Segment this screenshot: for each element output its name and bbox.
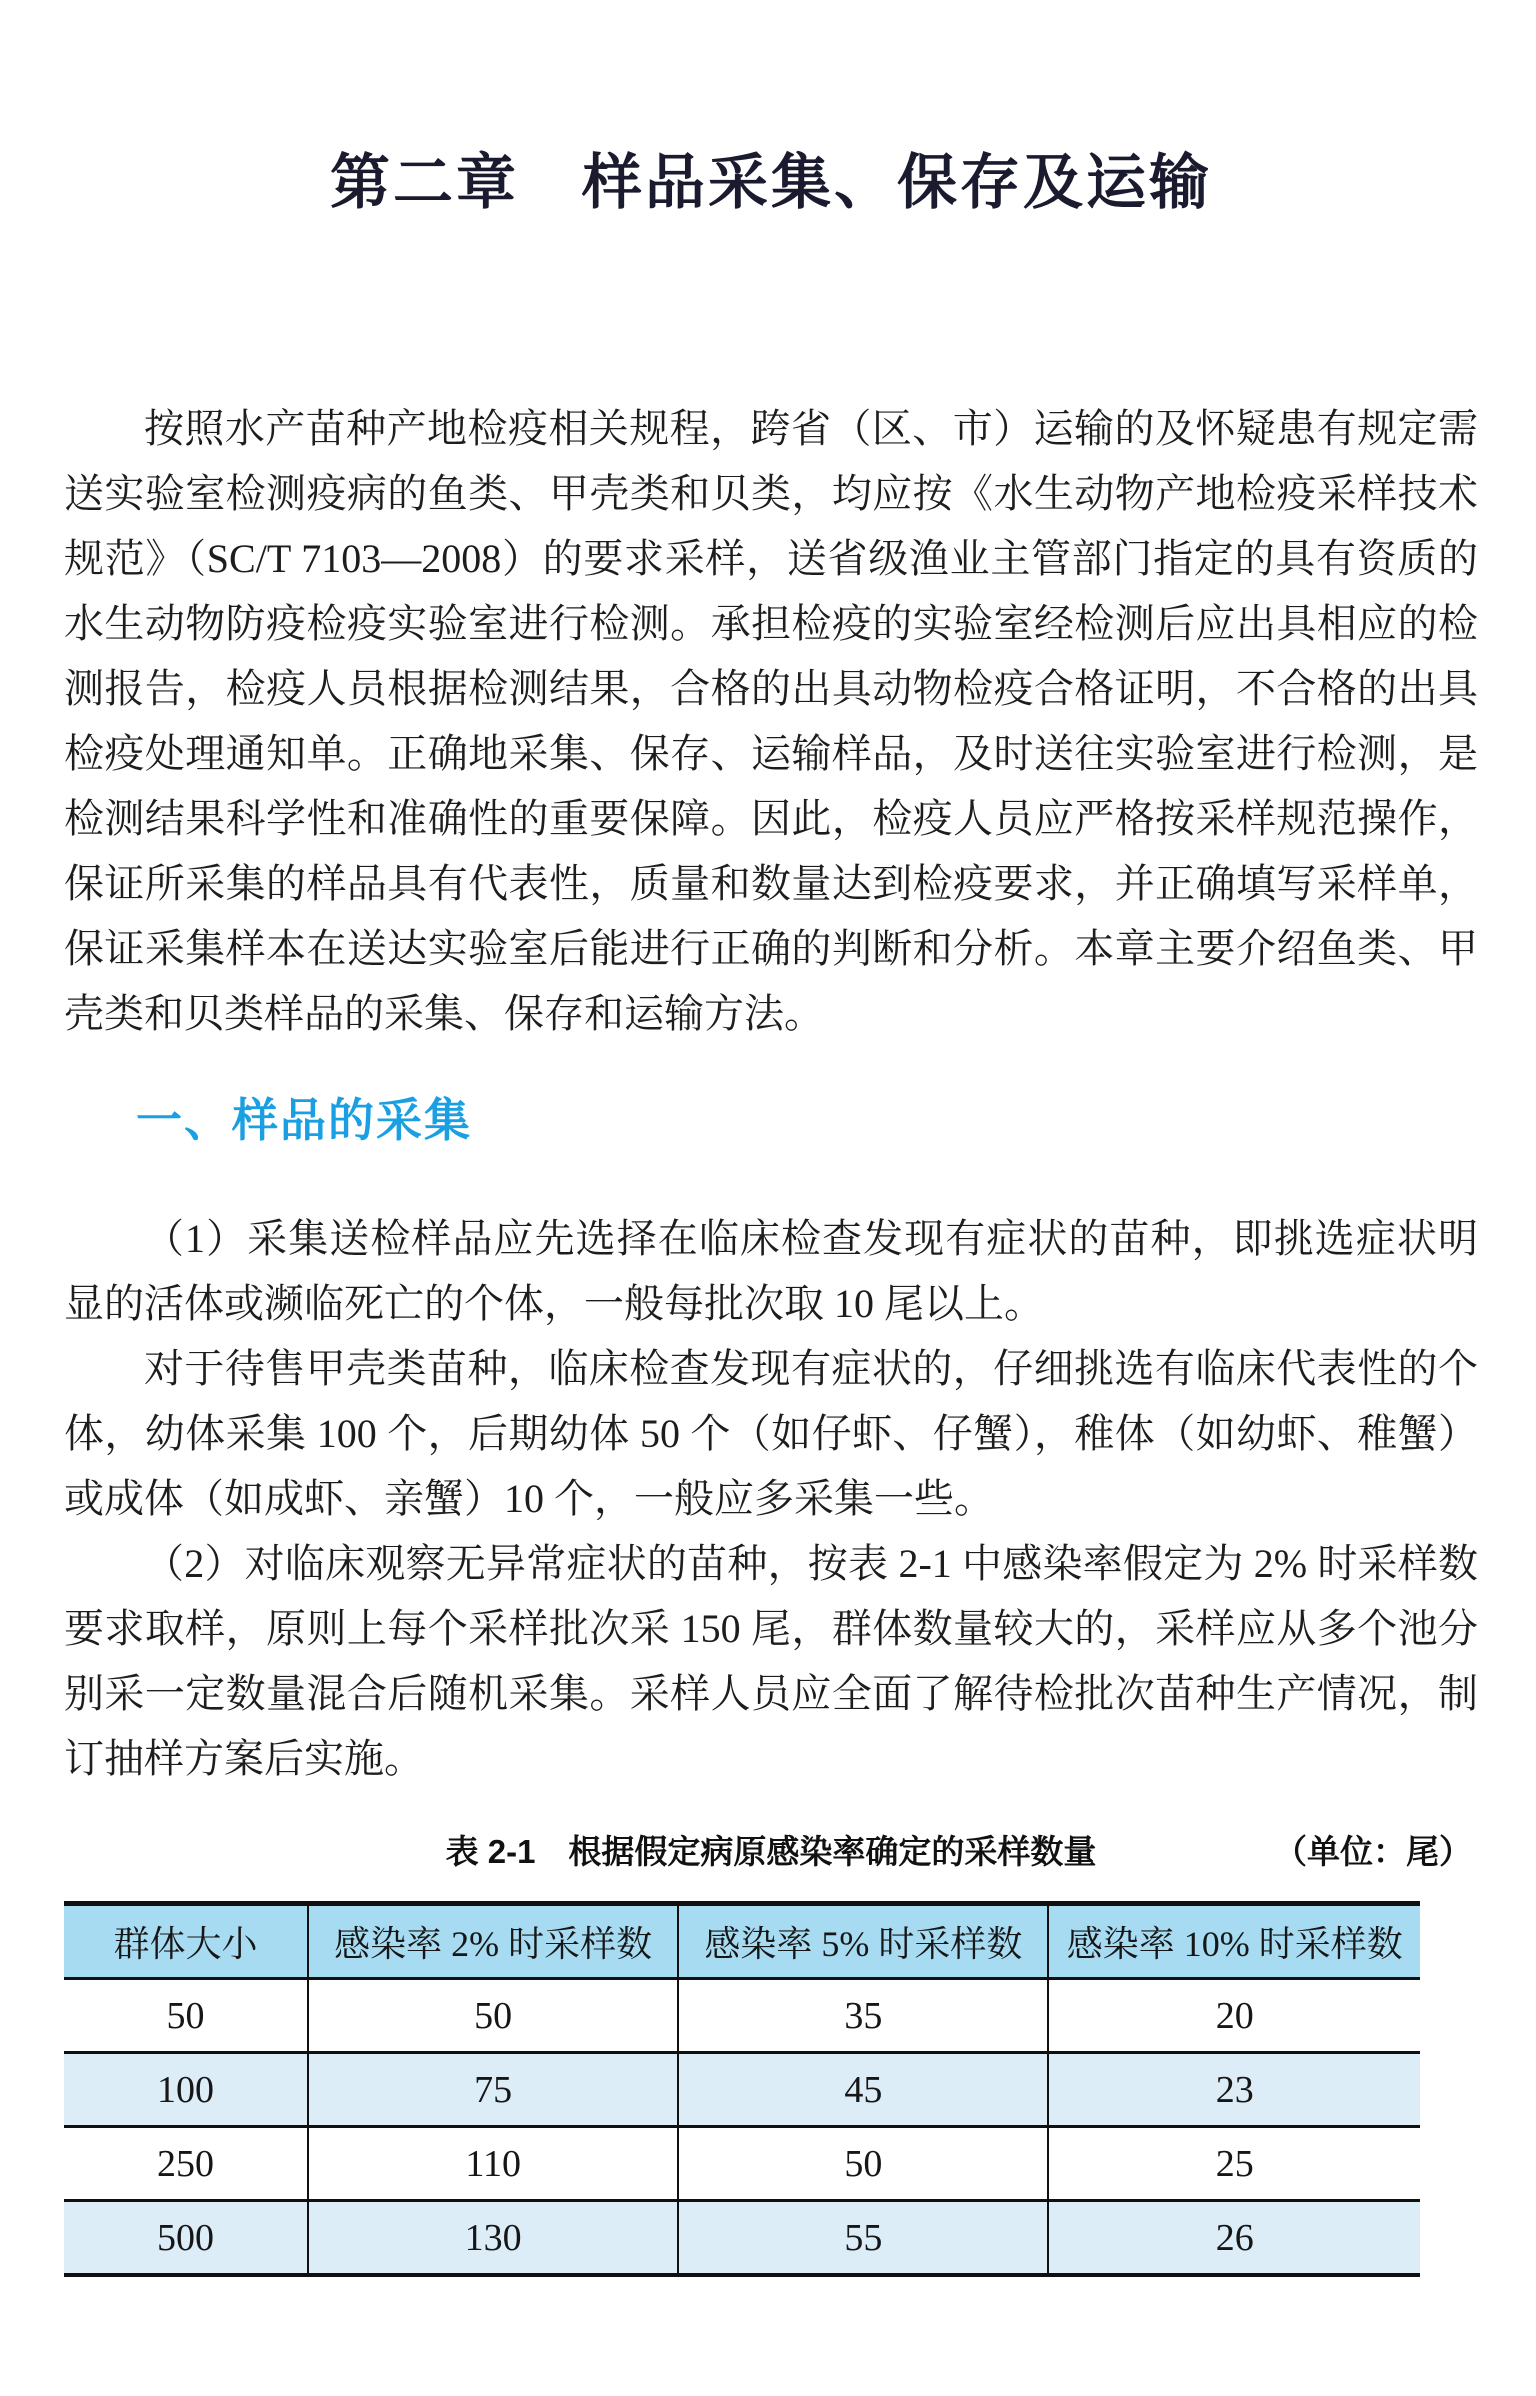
table-cell: 50 bbox=[308, 1979, 678, 2053]
table-caption: 表 2-1 根据假定病原感染率确定的采样数量 bbox=[446, 1829, 1097, 1875]
table-cell: 50 bbox=[678, 2127, 1048, 2201]
table-cell: 500 bbox=[64, 2201, 308, 2276]
table-row: 5001305526 bbox=[64, 2201, 1420, 2276]
document-page: 第二章 样品采集、保存及运输 按照水产苗种产地检疫相关规程，跨省（区、市）运输的… bbox=[0, 0, 1536, 2396]
table-header-row: 群体大小感染率 2% 时采样数感染率 5% 时采样数感染率 10% 时采样数 bbox=[64, 1904, 1420, 1979]
table-cell: 35 bbox=[678, 1979, 1048, 2053]
table-row: 2501105025 bbox=[64, 2127, 1420, 2201]
intro-section: 按照水产苗种产地检疫相关规程，跨省（区、市）运输的及怀疑患有规定需送实验室检测疫… bbox=[64, 396, 1478, 1046]
table-cell: 130 bbox=[308, 2201, 678, 2276]
table-cell: 100 bbox=[64, 2053, 308, 2127]
table-header-cell: 感染率 10% 时采样数 bbox=[1048, 1904, 1420, 1979]
table-cell: 75 bbox=[308, 2053, 678, 2127]
intro-paragraph: 按照水产苗种产地检疫相关规程，跨省（区、市）运输的及怀疑患有规定需送实验室检测疫… bbox=[64, 396, 1478, 1046]
table-cell: 50 bbox=[64, 1979, 308, 2053]
table-cell: 25 bbox=[1048, 2127, 1420, 2201]
table-cell: 23 bbox=[1048, 2053, 1420, 2127]
table-header-cell: 群体大小 bbox=[64, 1904, 308, 1979]
table-cell: 110 bbox=[308, 2127, 678, 2201]
table-header-cell: 感染率 2% 时采样数 bbox=[308, 1904, 678, 1979]
table-cell: 55 bbox=[678, 2201, 1048, 2276]
paragraph-3: （2）对临床观察无异常症状的苗种，按表 2-1 中感染率假定为 2% 时采样数要… bbox=[64, 1531, 1478, 1791]
table-row: 100754523 bbox=[64, 2053, 1420, 2127]
table-row: 50503520 bbox=[64, 1979, 1420, 2053]
table-header-cell: 感染率 5% 时采样数 bbox=[678, 1904, 1048, 1979]
table-unit-note: （单位：尾） bbox=[1274, 1829, 1472, 1875]
chapter-title: 第二章 样品采集、保存及运输 bbox=[64, 146, 1478, 220]
table-cell: 20 bbox=[1048, 1979, 1420, 2053]
paragraph-2: 对于待售甲壳类苗种，临床检查发现有症状的，仔细挑选有临床代表性的个体，幼体采集 … bbox=[64, 1336, 1478, 1531]
table-cell: 250 bbox=[64, 2127, 308, 2201]
paragraph-1: （1）采集送检样品应先选择在临床检查发现有症状的苗种，即挑选症状明显的活体或濒临… bbox=[64, 1206, 1478, 1336]
table-caption-row: 表 2-1 根据假定病原感染率确定的采样数量 （单位：尾） bbox=[64, 1829, 1478, 1875]
sampling-quantity-table: 群体大小感染率 2% 时采样数感染率 5% 时采样数感染率 10% 时采样数50… bbox=[64, 1901, 1420, 2277]
table-cell: 26 bbox=[1048, 2201, 1420, 2276]
section-heading-sample-collection: 一、样品的采集 bbox=[136, 1092, 1478, 1150]
table-cell: 45 bbox=[678, 2053, 1048, 2127]
